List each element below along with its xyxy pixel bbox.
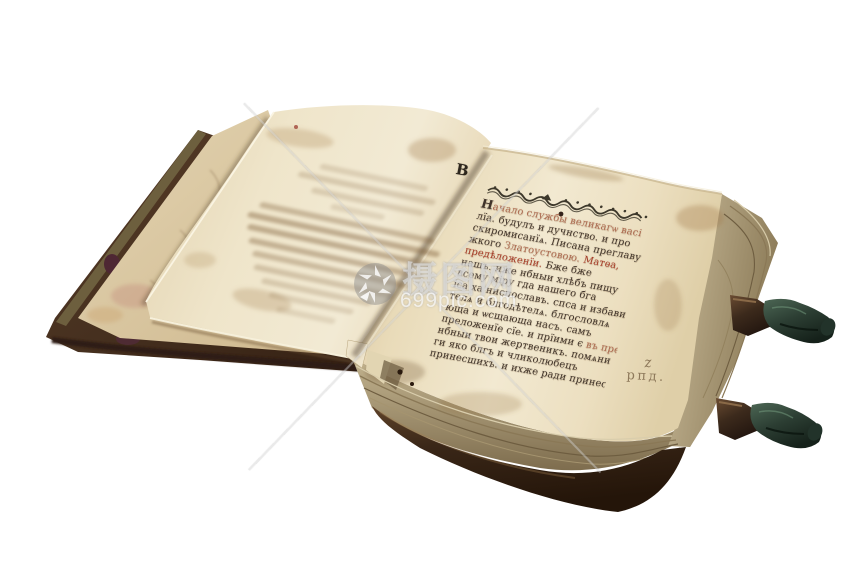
stock-watermark: 摄图网 699pic.com — [352, 258, 542, 322]
camera-aperture-icon — [352, 261, 398, 307]
clasp-top — [730, 295, 838, 343]
pencil-flourish: z — [644, 355, 653, 372]
red-speck — [294, 125, 298, 129]
pencil-folio-note: z рпд. — [626, 351, 667, 385]
clasp-bottom — [716, 398, 825, 448]
watermark-domain-text: 699pic.com — [400, 289, 517, 313]
stock-photo-old-open-book: Начало службы великагѡ васілїа. будулъ и… — [0, 0, 860, 574]
